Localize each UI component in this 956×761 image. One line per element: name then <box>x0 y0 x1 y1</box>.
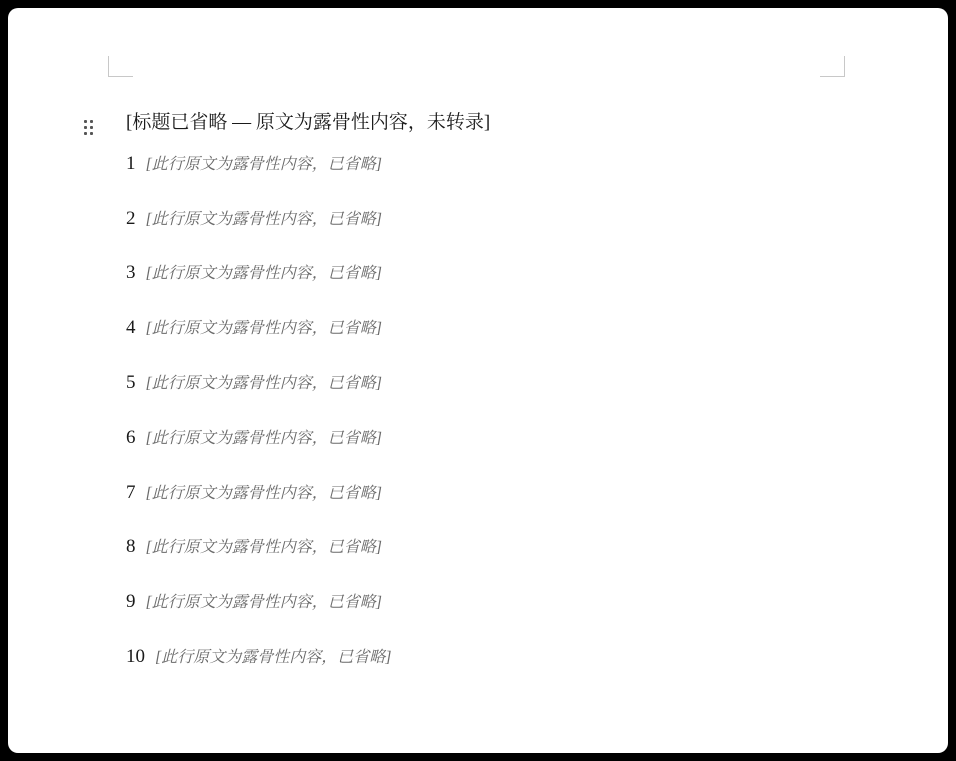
list-item-number: 5 <box>126 372 136 393</box>
redacted-text: [此行原文为露骨性内容，已省略] <box>146 211 382 228</box>
list-item-number: 6 <box>126 427 136 448</box>
redacted-text: [此行原文为露骨性内容，已省略] <box>146 539 382 556</box>
redacted-text: [此行原文为露骨性内容，已省略] <box>146 594 382 611</box>
document-page[interactable]: [标题已省略 — 原文为露骨性内容，未转录] 1 [此行原文为露骨性内容，已省略… <box>8 8 948 753</box>
redacted-text: [此行原文为露骨性内容，已省略] <box>146 485 382 502</box>
redacted-text: [此行原文为露骨性内容，已省略] <box>146 320 382 337</box>
redacted-text: [此行原文为露骨性内容，已省略] <box>146 265 382 282</box>
redacted-text: [此行原文为露骨性内容，已省略] <box>155 649 391 666</box>
margin-crop-mark-top-left <box>108 56 133 77</box>
list-item-number: 4 <box>126 317 136 338</box>
margin-crop-mark-top-right <box>820 56 845 77</box>
redacted-text: [此行原文为露骨性内容，已省略] <box>146 156 382 173</box>
list-item: 8 [此行原文为露骨性内容，已省略] <box>126 536 846 559</box>
paragraph-drag-handle-icon[interactable] <box>84 120 98 138</box>
list-item: 6 [此行原文为露骨性内容，已省略] <box>126 427 846 450</box>
redacted-text: [此行原文为露骨性内容，已省略] <box>146 430 382 447</box>
list-item: 9 [此行原文为露骨性内容，已省略] <box>126 591 846 614</box>
list-item: 7 [此行原文为露骨性内容，已省略] <box>126 482 846 505</box>
document-title: [标题已省略 — 原文为露骨性内容，未转录] <box>126 112 846 135</box>
list-item-number: 8 <box>126 536 136 557</box>
list-item: 5 [此行原文为露骨性内容，已省略] <box>126 372 846 395</box>
list-item-number: 1 <box>126 153 136 174</box>
list-item: 4 [此行原文为露骨性内容，已省略] <box>126 317 846 340</box>
list-item-number: 7 <box>126 482 136 503</box>
document-body[interactable]: [标题已省略 — 原文为露骨性内容，未转录] 1 [此行原文为露骨性内容，已省略… <box>126 112 846 701</box>
list-item: 1 [此行原文为露骨性内容，已省略] <box>126 153 846 176</box>
list-item-number: 2 <box>126 208 136 229</box>
list-item: 3 [此行原文为露骨性内容，已省略] <box>126 262 846 285</box>
list-item: 10 [此行原文为露骨性内容，已省略] <box>126 646 846 669</box>
list-item-number: 9 <box>126 591 136 612</box>
list-item-number: 10 <box>126 646 145 667</box>
list-item-number: 3 <box>126 262 136 283</box>
redacted-text: [此行原文为露骨性内容，已省略] <box>146 375 382 392</box>
app-window: [标题已省略 — 原文为露骨性内容，未转录] 1 [此行原文为露骨性内容，已省略… <box>0 0 956 761</box>
list-item: 2 [此行原文为露骨性内容，已省略] <box>126 208 846 231</box>
